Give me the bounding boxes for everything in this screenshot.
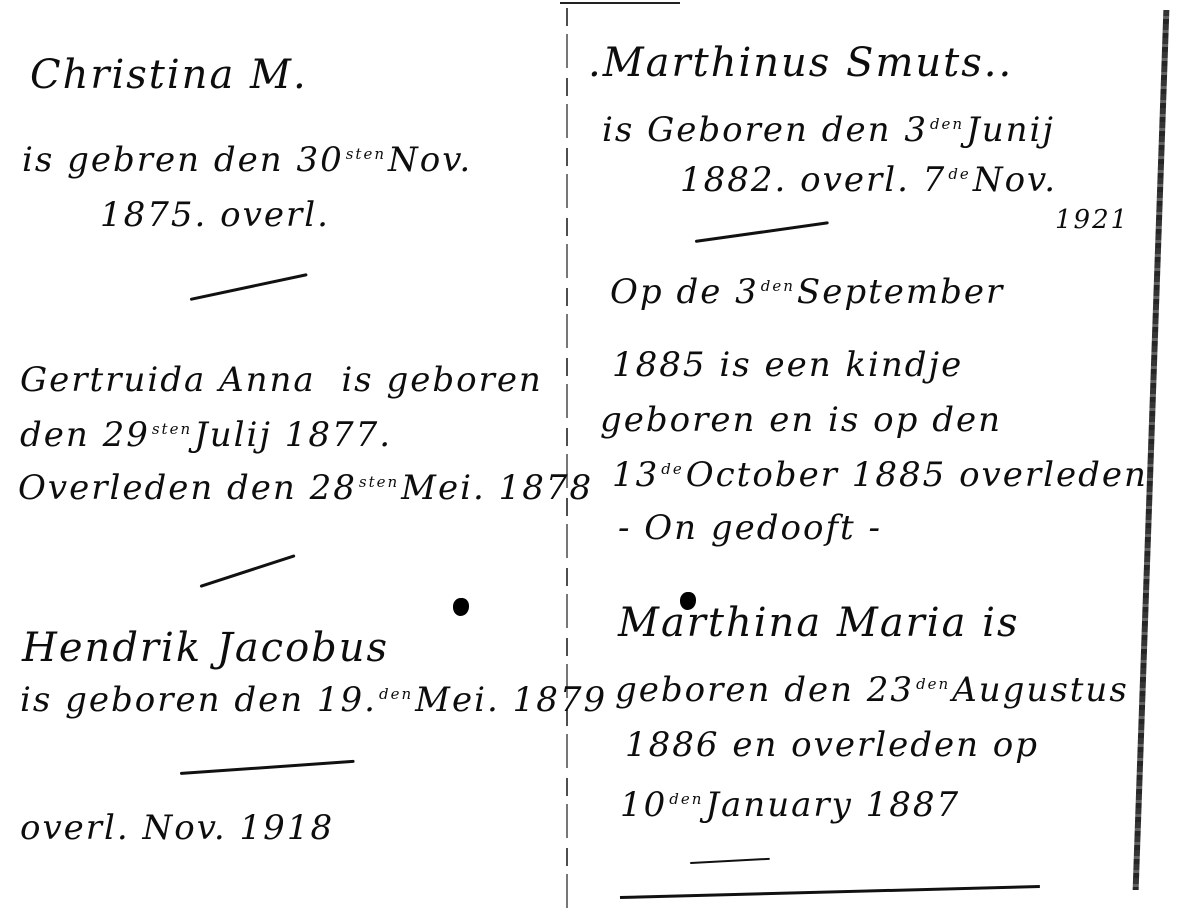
entry-christina-birth: is gebren den 30stenNov. xyxy=(22,140,472,180)
person-name: Gertruida Anna xyxy=(20,360,316,400)
entry-christina-year: 1875. overl. xyxy=(100,195,330,235)
birth-text: den 29 xyxy=(20,415,150,455)
entry-marthinus-name: .Marthinus Smuts.. xyxy=(588,40,1013,86)
birth-text: is Geboren den 3 xyxy=(602,110,928,150)
ordinal-suffix: sten xyxy=(152,420,192,438)
entry-marthina-death-date: 10denJanuary 1887 xyxy=(620,785,960,825)
ordinal-suffix: den xyxy=(916,675,950,693)
entry-kindje-date: Op de 3denSeptember xyxy=(610,272,1004,312)
entry-kindje-unbaptized: - On gedooft - xyxy=(618,508,882,548)
ordinal-suffix: sten xyxy=(359,473,399,491)
month-text: Junij xyxy=(966,110,1055,150)
entry-kindje-line3: geboren en is op den xyxy=(600,400,1002,440)
birth-text: is geboren den 19. xyxy=(20,680,377,720)
month-text: Nov. xyxy=(973,160,1057,200)
ordinal-suffix: den xyxy=(930,115,964,133)
ordinal-suffix: de xyxy=(661,460,683,478)
ordinal-suffix: den xyxy=(379,685,413,703)
ordinal-suffix: den xyxy=(669,790,703,808)
date-text: 10 xyxy=(620,785,667,825)
entry-divider xyxy=(180,760,355,775)
entry-marthina-death: 1886 en overleden op xyxy=(625,725,1039,765)
month-text: September xyxy=(797,272,1004,312)
book-page-edge xyxy=(1133,10,1170,890)
entry-kindje-birth: 1885 is een kindje xyxy=(612,345,963,385)
death-text: October 1885 overleden xyxy=(686,455,1148,495)
entry-gertruida-birth: den 29stenJulij 1877. xyxy=(20,415,392,455)
entry-marthina-name: Marthina Maria is xyxy=(618,600,1019,646)
entry-marthina-birth: geboren den 23denAugustus xyxy=(615,670,1129,710)
entry-hendrik-name: Hendrik Jacobus xyxy=(22,625,389,671)
entry-marthinus-death: 1882. overl. 7deNov. xyxy=(680,160,1057,200)
entry-divider xyxy=(200,554,296,588)
death-text: 1882. overl. 7 xyxy=(680,160,946,200)
birth-text: is gebren den 30 xyxy=(22,140,344,180)
entry-christina-name: Christina M. xyxy=(30,52,308,98)
entry-marthinus-birth: is Geboren den 3denJunij xyxy=(602,110,1055,150)
birth-date: Mei. 1879 xyxy=(415,680,607,720)
birth-text: is geboren xyxy=(341,360,543,400)
birth-text: geboren den 23 xyxy=(615,670,914,710)
ink-blot xyxy=(453,598,469,616)
ordinal-suffix: de xyxy=(948,165,970,183)
ordinal-suffix: sten xyxy=(346,145,386,163)
entry-hendrik-death: overl. Nov. 1918 xyxy=(20,808,334,848)
entry-divider xyxy=(190,273,308,301)
entry-divider xyxy=(690,858,770,864)
page-gutter xyxy=(566,8,568,908)
entry-kindje-death: 13deOctober 1885 overleden xyxy=(612,455,1148,495)
birth-date: Julij 1877. xyxy=(194,415,392,455)
ordinal-suffix: den xyxy=(761,277,795,295)
month-year-text: January 1887 xyxy=(705,785,960,825)
entry-gertruida-name: Gertruida Anna is geboren xyxy=(20,360,543,400)
death-text: Overleden den 28 xyxy=(18,468,357,508)
scanned-register-page: Christina M. is gebren den 30stenNov. 18… xyxy=(0,0,1200,923)
month-text: Augustus xyxy=(952,670,1129,710)
entry-gertruida-death: Overleden den 28stenMei. 1878 xyxy=(18,468,593,508)
date-text: Op de 3 xyxy=(610,272,759,312)
top-rule xyxy=(560,2,680,4)
death-date: Mei. 1878 xyxy=(401,468,593,508)
entry-marthinus-death-year: 1921 xyxy=(1055,205,1129,235)
date-text: 13 xyxy=(612,455,659,495)
entry-divider xyxy=(695,221,829,243)
month-text: Nov. xyxy=(388,140,472,180)
bottom-rule xyxy=(620,885,1040,899)
entry-hendrik-birth: is geboren den 19.denMei. 1879 xyxy=(20,680,607,720)
